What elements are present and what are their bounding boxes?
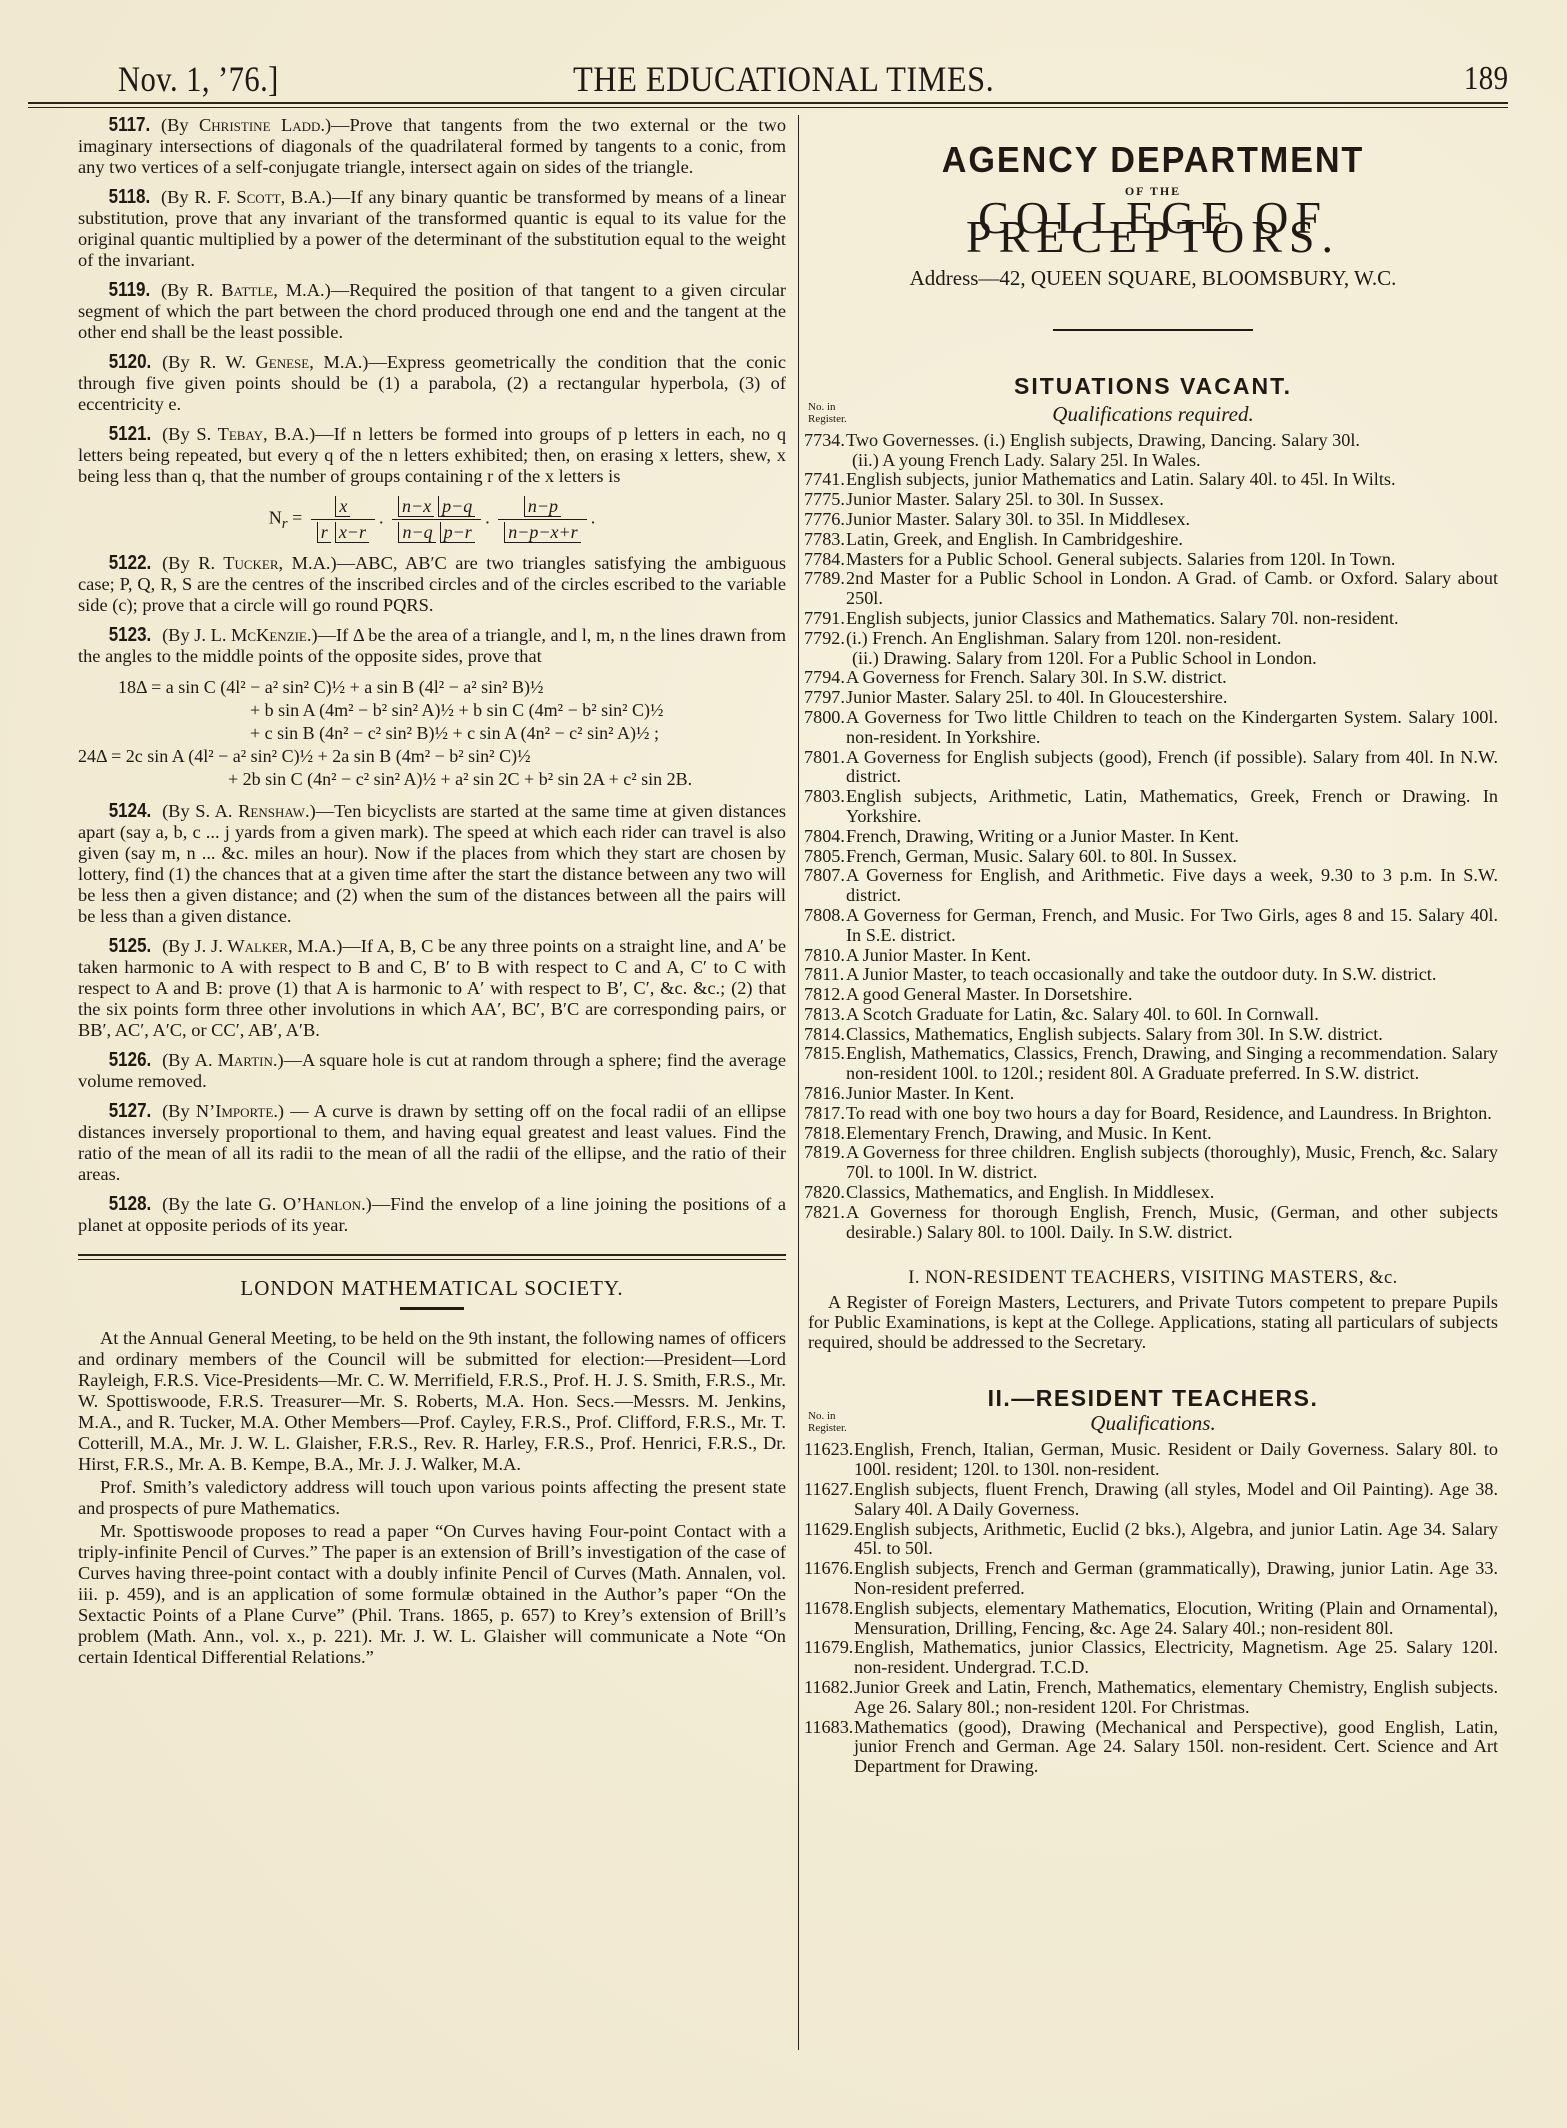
entry-text: Junior Greek and Latin, French, Mathemat… — [854, 1677, 1498, 1717]
teacher-entry: 11683.Mathematics (good), Drawing (Mecha… — [808, 1718, 1498, 1777]
situation-entry: 7776.Junior Master. Salary 30l. to 35l. … — [808, 510, 1498, 530]
fraction-part: rx−r — [311, 520, 375, 543]
register-number: 7741. — [804, 470, 845, 490]
entry-subline: (ii.) A young French Lady. Salary 25l. I… — [846, 451, 1498, 471]
problem-text: —ABC, AB′C are two triangles satisfying … — [78, 553, 786, 615]
register-number: 7800. — [804, 708, 845, 728]
divider-rule — [1053, 329, 1253, 331]
teacher-entry: 11679.English, Mathematics, junior Class… — [808, 1638, 1498, 1678]
fraction-part: x — [311, 496, 375, 520]
short-rule — [400, 1307, 464, 1310]
problem-author: S. Tebay — [196, 424, 263, 444]
entry-text: To read with one boy two hours a day for… — [846, 1103, 1492, 1123]
register-number: 7819. — [804, 1143, 845, 1163]
problem-text: —If Δ be the area of a triangle, and l, … — [78, 625, 786, 666]
problem-author: N’Importe — [196, 1101, 273, 1121]
fraction-2: n−xp−qn−qp−r — [392, 496, 481, 543]
problems-list: 5122.(By R. Tucker, M.A.)—ABC, AB′C are … — [78, 553, 786, 667]
situation-entry: 7789.2nd Master for a Public School in L… — [808, 569, 1498, 609]
non-resident-heading: I. NON-RESIDENT TEACHERS, VISITING MASTE… — [808, 1269, 1498, 1289]
entry-text: Two Governesses. (i.) English subjects, … — [846, 430, 1360, 450]
problem-author: R. Battle — [196, 280, 273, 300]
entry-text: A Governess for English subjects (good),… — [846, 747, 1498, 787]
register-number: 7801. — [804, 748, 845, 768]
entry-text: Elementary French, Drawing, and Music. I… — [846, 1123, 1212, 1143]
lms-paragraph: Mr. Spottiswoode proposes to read a pape… — [78, 1521, 786, 1668]
entry-text: A Junior Master. In Kent. — [846, 945, 1031, 965]
situation-entry: 7791.English subjects, junior Classics a… — [808, 609, 1498, 629]
register-number: 11676. — [804, 1559, 853, 1579]
problem-text: —Express geometrically the condition tha… — [78, 352, 786, 414]
newspaper-page: Nov. 1, ’76.] THE EDUCATIONAL TIMES. 189… — [0, 0, 1567, 2128]
register-number: 7783. — [804, 530, 845, 550]
problem-text: —If A, B, C be any three points on a str… — [78, 936, 786, 1040]
entry-text: (i.) French. An Englishman. Salary from … — [846, 628, 1281, 648]
register-number: 7784. — [804, 550, 845, 570]
left-column: 5117.(By Christine Ladd.)—Prove that tan… — [78, 115, 786, 1670]
problem-5125: 5125.(By J. J. Walker, M.A.)—If A, B, C … — [78, 936, 786, 1041]
formula-lhs-sub: r — [282, 516, 288, 532]
entry-text: English subjects, fluent French, Drawing… — [854, 1479, 1498, 1519]
resident-teachers-list: 11623.English, French, Italian, German, … — [808, 1440, 1498, 1777]
register-number: 7811. — [804, 965, 844, 985]
entry-text: Junior Master. Salary 25l. to 30l. In Su… — [846, 489, 1164, 509]
problem-5122: 5122.(By R. Tucker, M.A.)—ABC, AB′C are … — [78, 553, 786, 616]
entry-text: 2nd Master for a Public School in London… — [846, 568, 1498, 608]
factorial: n−x — [398, 496, 434, 517]
entry-text: English, Mathematics, Classics, French, … — [846, 1043, 1498, 1083]
agency-heading: AGENCY DEPARTMENT — [825, 150, 1481, 170]
qualifications-label: Qualifications. — [808, 1414, 1498, 1434]
register-number: 7794. — [804, 668, 845, 688]
problem-text: —A square hole is cut at random through … — [78, 1050, 786, 1091]
problem-author: A. Martin — [195, 1050, 273, 1070]
right-column: AGENCY DEPARTMENT OF THE COLLEGE OF PREC… — [808, 135, 1498, 1777]
problem-author: G. O’Hanlon — [258, 1194, 361, 1214]
register-number: 7813. — [804, 1005, 845, 1025]
factorial: r — [317, 522, 331, 543]
situation-entry: 7784.Masters for a Public School. Genera… — [808, 550, 1498, 570]
entry-text: A Junior Master, to teach occasionally a… — [846, 964, 1436, 984]
register-number: 7818. — [804, 1124, 845, 1144]
resident-teachers-heading: II.—RESIDENT TEACHERS. — [808, 1389, 1498, 1409]
situation-entry: 7805.French, German, Music. Salary 60l. … — [808, 847, 1498, 867]
entry-text: Junior Master. Salary 30l. to 35l. In Mi… — [846, 509, 1190, 529]
situation-entry: 7797.Junior Master. Salary 25l. to 40l. … — [808, 688, 1498, 708]
register-number: 7807. — [804, 866, 845, 886]
entry-text: Latin, Greek, and English. In Cambridges… — [846, 529, 1183, 549]
problem-number: 5124. — [97, 801, 151, 822]
register-number: 11623. — [804, 1440, 853, 1460]
problem-5118: 5118.(By R. F. Scott, B.A.)—If any binar… — [78, 187, 786, 271]
register-number: 11627. — [804, 1480, 853, 1500]
problem-5128: 5128.(By the late G. O’Hanlon.)—Find the… — [78, 1194, 786, 1236]
situation-entry: 7813.A Scotch Graduate for Latin, &c. Sa… — [808, 1005, 1498, 1025]
equation-line: + 2b sin C (4n² − c² sin² A)½ + a² sin 2… — [78, 768, 786, 791]
fraction-part: n−qp−r — [392, 520, 481, 543]
register-number: 11679. — [804, 1638, 853, 1658]
situation-entry: 7810.A Junior Master. In Kent. — [808, 946, 1498, 966]
situations-column-headers: No. in Register. Qualifications required… — [808, 401, 1498, 431]
page-number: 189 — [1463, 60, 1508, 98]
register-number: 7812. — [804, 985, 845, 1005]
problem-number: 5117. — [97, 115, 151, 136]
situation-entry: 7800.A Governess for Two little Children… — [808, 708, 1498, 748]
teacher-entry: 11682.Junior Greek and Latin, French, Ma… — [808, 1678, 1498, 1718]
situation-entry: 7814.Classics, Mathematics, English subj… — [808, 1025, 1498, 1045]
entry-text: Masters for a Public School. General sub… — [846, 549, 1395, 569]
register-number: 7792. — [804, 629, 845, 649]
masthead: Nov. 1, ’76.] THE EDUCATIONAL TIMES. 189 — [118, 58, 1508, 102]
problem-author: J. L. McKenzie — [194, 625, 307, 645]
situation-entry: 7792.(i.) French. An Englishman. Salary … — [808, 629, 1498, 669]
factorial: n−q — [398, 522, 435, 543]
lms-body: At the Annual General Meeting, to be hel… — [78, 1328, 786, 1668]
newspaper-title: THE EDUCATIONAL TIMES. — [573, 58, 994, 100]
fraction-part: n−p — [498, 496, 586, 520]
register-number: 7820. — [804, 1183, 845, 1203]
entry-text: A Governess for French. Salary 30l. In S… — [846, 667, 1227, 687]
register-number: 7810. — [804, 946, 845, 966]
problem-number: 5121. — [97, 424, 151, 445]
equation-line: + c sin B (4n² − c² sin² B)½ + c sin A (… — [78, 722, 786, 745]
entry-text: Mathematics (good), Drawing (Mechanical … — [854, 1717, 1498, 1777]
problem-number: 5128. — [97, 1194, 151, 1215]
formula-equals: = — [292, 508, 302, 528]
problem-number: 5126. — [97, 1050, 151, 1071]
problem-text: —If any binary quantic be transformed by… — [78, 187, 786, 270]
register-number: 7816. — [804, 1084, 845, 1104]
problem-text: —Ten bicyclists are started at the same … — [78, 801, 786, 926]
problem-number: 5119. — [97, 280, 151, 301]
register-number: 7776. — [804, 510, 845, 530]
problems-list: 5117.(By Christine Ladd.)—Prove that tan… — [78, 115, 786, 487]
entry-text: French, German, Music. Salary 60l. to 80… — [846, 846, 1237, 866]
entry-text: English subjects, junior Mathematics and… — [846, 469, 1396, 489]
problem-text: —Find the envelop of a line joining the … — [78, 1194, 786, 1235]
factorial: n−p — [524, 496, 561, 517]
situation-entry: 7811.A Junior Master, to teach occasiona… — [808, 965, 1498, 985]
teacher-entry: 11678.English subjects, elementary Mathe… — [808, 1599, 1498, 1639]
entry-text: French, Drawing, Writing or a Junior Mas… — [846, 826, 1239, 846]
fraction-1: xrx−r — [311, 496, 375, 543]
problem-text: —Required the position of that tangent t… — [78, 280, 786, 342]
resident-column-headers: No. in Register. Qualifications. — [808, 1410, 1498, 1440]
entry-text: A good General Master. In Dorsetshire. — [846, 984, 1132, 1004]
teacher-entry: 11623.English, French, Italian, German, … — [808, 1440, 1498, 1480]
situation-entry: 7821.A Governess for thorough English, F… — [808, 1203, 1498, 1243]
situations-vacant-heading: SITUATIONS VACANT. — [808, 377, 1498, 397]
entry-text: Junior Master. Salary 25l. to 40l. In Gl… — [846, 687, 1227, 707]
entry-text: English subjects, junior Classics and Ma… — [846, 608, 1399, 628]
register-number: 7791. — [804, 609, 845, 629]
situation-entry: 7816.Junior Master. In Kent. — [808, 1084, 1498, 1104]
problem-5120: 5120.(By R. W. Genese, M.A.)—Express geo… — [78, 352, 786, 415]
problem-author: R. Tucker — [198, 553, 278, 573]
factorial: n−p−x+r — [504, 522, 580, 543]
register-number: 11629. — [804, 1520, 853, 1540]
entry-text: A Governess for three children. English … — [846, 1142, 1498, 1182]
entry-text: English subjects, Arithmetic, Latin, Mat… — [846, 786, 1498, 826]
entry-text: Classics, Mathematics, and English. In M… — [846, 1182, 1214, 1202]
fraction-part: n−xp−q — [392, 496, 481, 520]
entry-text: A Governess for German, French, and Musi… — [846, 905, 1498, 945]
situations-vacant-list: 7734.Two Governesses. (i.) English subje… — [808, 431, 1498, 1243]
register-number: 7804. — [804, 827, 845, 847]
register-number: 11682. — [804, 1678, 853, 1698]
fraction-3: n−pn−p−x+r — [498, 496, 586, 543]
problem-author: J. J. Walker — [194, 936, 287, 956]
formula-5123: 18Δ = a sin C (4l² − a² sin² C)½ + a sin… — [78, 676, 786, 791]
situation-entry: 7812.A good General Master. In Dorsetshi… — [808, 985, 1498, 1005]
college-name: COLLEGE OF PRECEPTORS. — [808, 208, 1498, 248]
formula-5121: Nr = xrx−r . n−xp−qn−qp−r . n−pn−p−x+r . — [78, 496, 786, 543]
qualifications-label: Qualifications required. — [808, 405, 1498, 425]
situation-entry: 7819.A Governess for three children. Eng… — [808, 1143, 1498, 1183]
situation-entry: 7808.A Governess for German, French, and… — [808, 906, 1498, 946]
register-number: 7775. — [804, 490, 845, 510]
problem-5126: 5126.(By A. Martin.)—A square hole is cu… — [78, 1050, 786, 1092]
situation-entry: 7818.Elementary French, Drawing, and Mus… — [808, 1124, 1498, 1144]
entry-text: Junior Master. In Kent. — [846, 1083, 1014, 1103]
section-rule — [78, 1254, 786, 1260]
lms-title: LONDON MATHEMATICAL SOCIETY. — [78, 1278, 786, 1299]
problem-author: Christine Ladd — [199, 115, 320, 135]
problem-number: 5122. — [97, 553, 151, 574]
agency-address: Address—42, QUEEN SQUARE, BLOOMSBURY, W.… — [808, 269, 1498, 289]
equation-line: 24Δ = 2c sin A (4l² − a² sin² C)½ + 2a s… — [78, 745, 786, 768]
problem-5119: 5119.(By R. Battle, M.A.)—Required the p… — [78, 280, 786, 343]
situation-entry: 7820.Classics, Mathematics, and English.… — [808, 1183, 1498, 1203]
problem-text: —Prove that tangents from the two extern… — [78, 115, 786, 177]
problem-5123: 5123.(By J. L. McKenzie.)—If Δ be the ar… — [78, 625, 786, 667]
register-number: 7808. — [804, 906, 845, 926]
entry-text: A Governess for English, and Arithmetic.… — [846, 865, 1498, 905]
factorial: x — [335, 496, 350, 517]
problem-number: 5125. — [97, 936, 151, 957]
equation-line: + b sin A (4m² − b² sin² A)½ + b sin C (… — [78, 699, 786, 722]
column-divider — [798, 115, 799, 2050]
problem-5127: 5127.(By N’Importe.) — A curve is drawn … — [78, 1101, 786, 1185]
situation-entry: 7815.English, Mathematics, Classics, Fre… — [808, 1044, 1498, 1084]
teacher-entry: 11627.English subjects, fluent French, D… — [808, 1480, 1498, 1520]
teacher-entry: 11629.English subjects, Arithmetic, Eucl… — [808, 1520, 1498, 1560]
factorial: p−q — [438, 496, 475, 517]
entry-text: English, Mathematics, junior Classics, E… — [854, 1637, 1498, 1677]
teacher-entry: 11676.English subjects, French and Germa… — [808, 1559, 1498, 1599]
situation-entry: 7734.Two Governesses. (i.) English subje… — [808, 431, 1498, 471]
register-number: 7821. — [804, 1203, 845, 1223]
lms-paragraph: Prof. Smith’s valedictory address will t… — [78, 1477, 786, 1519]
situation-entry: 7803.English subjects, Arithmetic, Latin… — [808, 787, 1498, 827]
situation-entry: 7794.A Governess for French. Salary 30l.… — [808, 668, 1498, 688]
factorial: p−r — [440, 522, 475, 543]
register-number: 11678. — [804, 1599, 853, 1619]
fraction-part: n−p−x+r — [498, 520, 586, 543]
formula-lhs: N — [269, 508, 282, 528]
entry-text: A Governess for thorough English, French… — [846, 1202, 1498, 1242]
situation-entry: 7807.A Governess for English, and Arithm… — [808, 866, 1498, 906]
situation-entry: 7783.Latin, Greek, and English. In Cambr… — [808, 530, 1498, 550]
entry-text: English, French, Italian, German, Music.… — [854, 1439, 1498, 1479]
register-number: 7817. — [804, 1104, 845, 1124]
problem-5124: 5124.(By S. A. Renshaw.)—Ten bicyclists … — [78, 801, 786, 927]
problem-author: S. A. Renshaw — [195, 801, 305, 821]
entry-text: A Governess for Two little Children to t… — [846, 707, 1498, 747]
problem-number: 5120. — [97, 352, 151, 373]
situation-entry: 7804.French, Drawing, Writing or a Junio… — [808, 827, 1498, 847]
problem-number: 5118. — [97, 187, 151, 208]
register-number: 7797. — [804, 688, 845, 708]
situation-entry: 7775.Junior Master. Salary 25l. to 30l. … — [808, 490, 1498, 510]
equation-line: 18Δ = a sin C (4l² − a² sin² C)½ + a sin… — [78, 676, 786, 699]
problem-5117: 5117.(By Christine Ladd.)—Prove that tan… — [78, 115, 786, 178]
factorial: x−r — [335, 522, 369, 543]
situation-entry: 7817.To read with one boy two hours a da… — [808, 1104, 1498, 1124]
problem-number: 5123. — [97, 625, 151, 646]
entry-subline: (ii.) Drawing. Salary from 120l. For a P… — [846, 649, 1498, 669]
entry-text: English subjects, French and German (gra… — [854, 1558, 1498, 1598]
problem-text: — A curve is drawn by setting off on the… — [78, 1101, 786, 1184]
situation-entry: 7741.English subjects, junior Mathematic… — [808, 470, 1498, 490]
problem-author: R. F. Scott — [194, 187, 280, 207]
masthead-rule — [28, 102, 1508, 108]
register-number: 7815. — [804, 1044, 845, 1064]
entry-text: Classics, Mathematics, English subjects.… — [846, 1024, 1383, 1044]
lms-paragraph: At the Annual General Meeting, to be hel… — [78, 1328, 786, 1475]
situation-entry: 7801.A Governess for English subjects (g… — [808, 748, 1498, 788]
register-number: 11683. — [804, 1718, 853, 1738]
register-number: 7789. — [804, 569, 845, 589]
problem-author: R. W. Genese — [199, 352, 309, 372]
register-number: 7803. — [804, 787, 845, 807]
register-number: 7805. — [804, 847, 845, 867]
register-number: 7734. — [804, 431, 845, 451]
register-number: 7814. — [804, 1025, 845, 1045]
problem-number: 5127. — [97, 1101, 151, 1122]
non-resident-text: A Register of Foreign Masters, Lecturers… — [808, 1293, 1498, 1352]
issue-date: Nov. 1, ’76.] — [118, 58, 279, 100]
entry-text: A Scotch Graduate for Latin, &c. Salary … — [846, 1004, 1319, 1024]
problems-list: 5124.(By S. A. Renshaw.)—Ten bicyclists … — [78, 801, 786, 1236]
problem-5121: 5121.(By S. Tebay, B.A.)—If n letters be… — [78, 424, 786, 487]
entry-text: English subjects, Arithmetic, Euclid (2 … — [854, 1519, 1498, 1559]
problem-text: —If n letters be formed into groups of p… — [78, 424, 786, 486]
entry-text: English subjects, elementary Mathematics… — [854, 1598, 1498, 1638]
